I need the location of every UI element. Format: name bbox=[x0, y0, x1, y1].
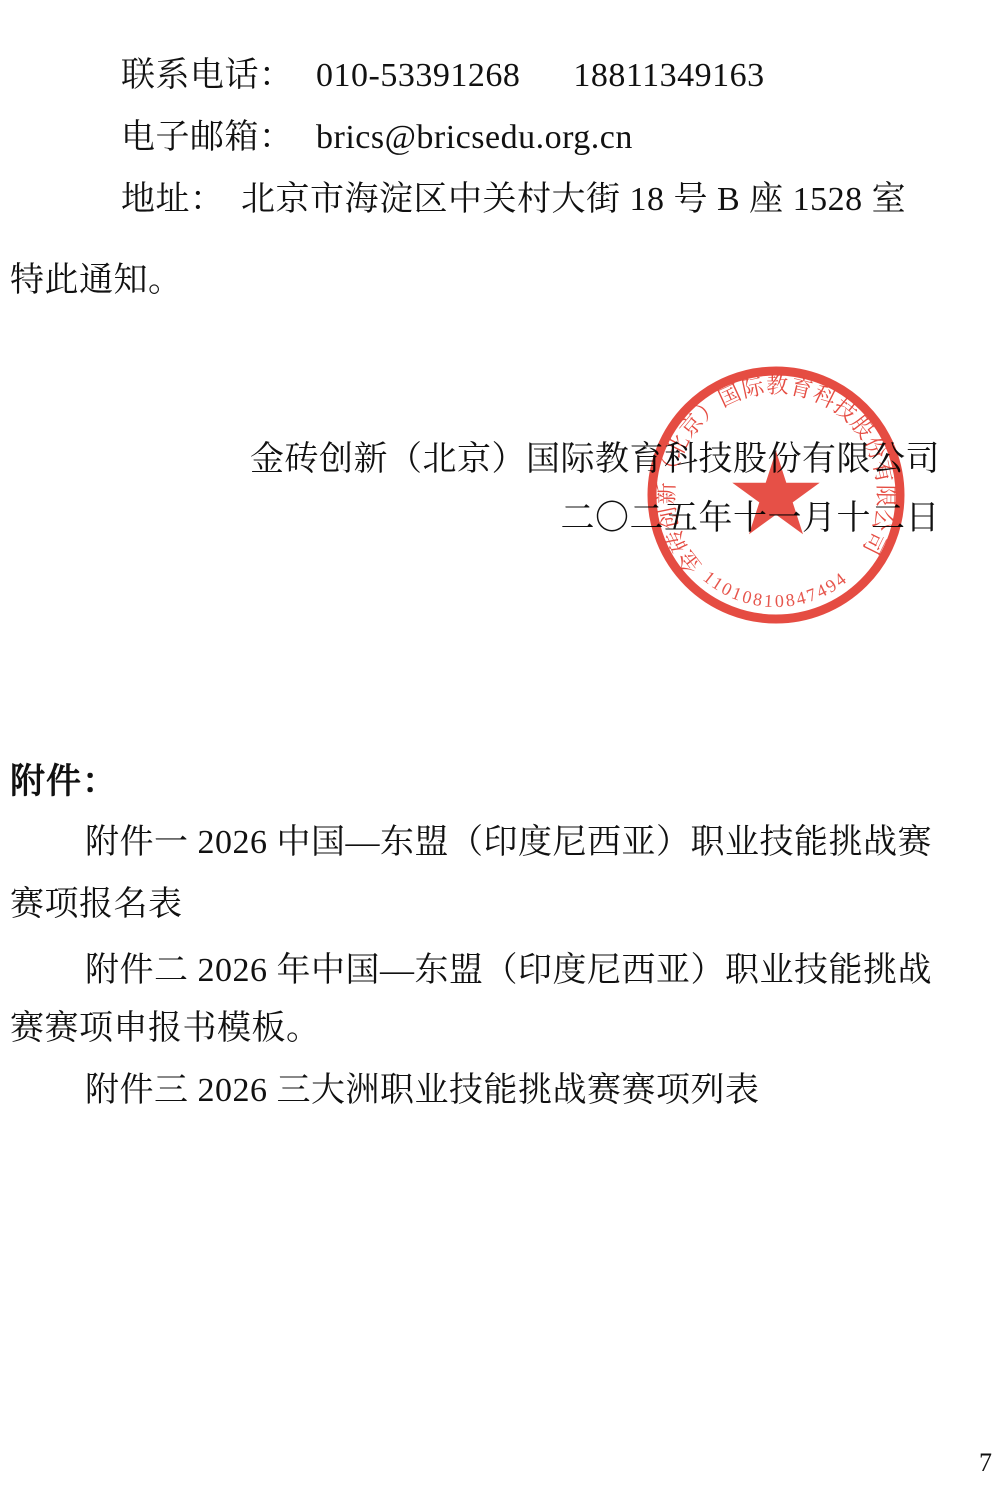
official-seal: 金砖创新（北京）国际教育科技股份有限公司 11010810847494 bbox=[635, 354, 917, 636]
attachment-line-2: 附件二 2026 年中国—东盟（印度尼西亚）职业技能挑战 bbox=[85, 950, 932, 993]
svg-text:11010810847494: 11010810847494 bbox=[700, 567, 852, 611]
signature-date: 二〇二五年十一月十二日 bbox=[561, 498, 941, 541]
document-page: 联系电话：010-5339126818811349163 电子邮箱：brics@… bbox=[0, 0, 1000, 1485]
attachment-line-1-continued: 赛项报名表 bbox=[10, 884, 183, 927]
attachment-line-3: 附件三 2026 三大洲职业技能挑战赛赛项列表 bbox=[85, 1070, 760, 1113]
address-label: 地址： bbox=[121, 179, 241, 222]
official-seal-graphic: 金砖创新（北京）国际教育科技股份有限公司 11010810847494 bbox=[635, 354, 917, 636]
attachments-heading: 附件： bbox=[10, 760, 118, 804]
page-number: 7 bbox=[979, 1448, 992, 1478]
seal-ring bbox=[652, 371, 900, 619]
attachment-line-2-continued: 赛赛项申报书模板。 bbox=[10, 1008, 321, 1051]
signature-company: 金砖创新（北京）国际教育科技股份有限公司 bbox=[250, 439, 940, 482]
attachment-line-1: 附件一 2026 中国—东盟（印度尼西亚）职业技能挑战赛 bbox=[85, 822, 932, 865]
closing-phrase: 特此通知。 bbox=[10, 260, 183, 303]
contact-address-row: 地址：北京市海淀区中关村大街 18 号 B 座 1528 室 bbox=[85, 136, 906, 264]
address-value: 北京市海淀区中关村大街 18 号 B 座 1528 室 bbox=[241, 181, 906, 218]
seal-serial-number: 11010810847494 bbox=[700, 567, 852, 611]
